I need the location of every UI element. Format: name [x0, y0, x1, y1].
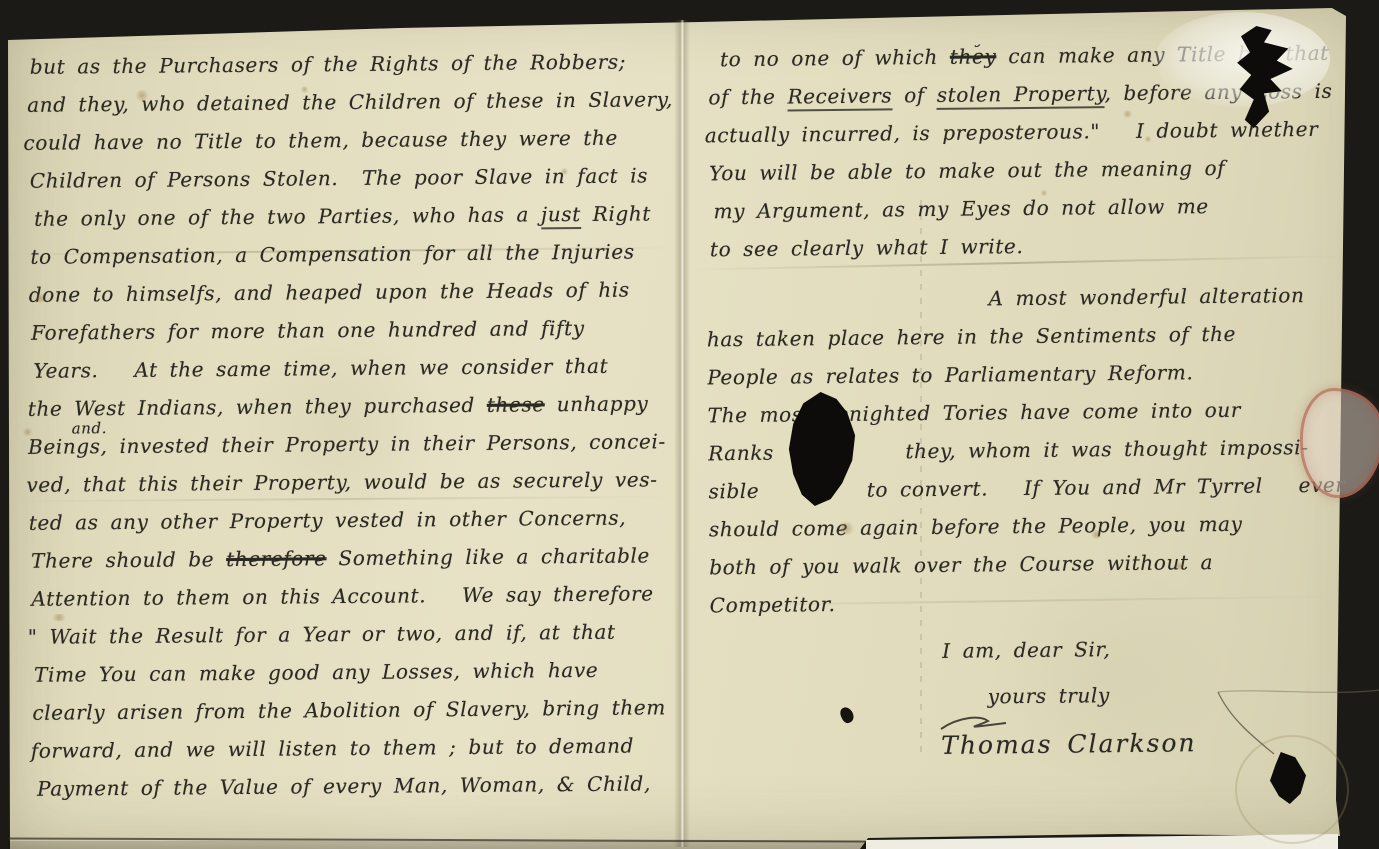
segment-text: Something like a charitable	[326, 543, 650, 570]
manuscript-line: ted as any other Property vested in othe…	[29, 505, 679, 549]
text-segment: Time You can make good any Losses, which…	[34, 658, 598, 687]
segment-text: invested their Property in their Persons…	[107, 429, 665, 458]
segment-text: my Argument, as my Eyes do not allow me	[713, 194, 1208, 223]
text-segment: Competitor.	[710, 592, 836, 617]
text-segment: these	[487, 392, 545, 417]
segment-text: Forefathers for more than one hundred an…	[31, 316, 585, 345]
manuscript-line: ved, that this their Property, would be …	[26, 467, 678, 511]
text-segment: could have no Title to them, because the…	[23, 126, 618, 155]
text-segment: my Argument, as my Eyes do not allow me	[713, 194, 1208, 223]
segment-text: I am, dear Sir,	[942, 637, 1110, 663]
tear-crack	[1200, 640, 1379, 770]
manuscript-line: both of you walk over the Course without…	[709, 549, 1347, 594]
segment-text: Payment of the Value of every Man, Woman…	[37, 771, 651, 800]
manuscript-line: Payment of the Value of every Man, Woman…	[37, 771, 681, 815]
text-segment: People as relates to Parliamentary Refor…	[707, 360, 1193, 389]
manuscript-line: There should be therefore Something like…	[31, 543, 679, 587]
text-segment: Payment of the Value of every Man, Woman…	[37, 771, 651, 800]
segment-text: forward, and we will listen to them ; bu…	[31, 734, 634, 763]
segment-text: they, whom it was thought impossi-	[905, 435, 1308, 463]
inserted-word-above: and.	[72, 419, 108, 437]
segment-text: ved, that this their Property, would be …	[26, 467, 657, 497]
manuscript-line: People as relates to Parliamentary Refor…	[707, 359, 1345, 404]
text-segment: should come again before the People, you…	[709, 512, 1243, 542]
manuscript-line: and they, who detained the Children of t…	[27, 87, 675, 131]
tear-crack-icon	[1200, 640, 1379, 770]
segment-text: Ranks	[708, 441, 774, 466]
foxing-spot	[1122, 110, 1133, 118]
text-segment: Attention to them on this Account. We sa…	[31, 581, 653, 610]
foxing-spot	[836, 522, 856, 535]
foxing-spot	[1040, 190, 1048, 196]
text-segment: Children of Persons Stolen. The poor Sla…	[30, 163, 648, 192]
segment-text: to Compensation, a Compensation for all …	[30, 240, 634, 269]
text-segment: to see clearly what I write.	[710, 234, 1024, 261]
manuscript-line: Years. At the same time, when we conside…	[33, 353, 677, 397]
segment-text: Right	[581, 201, 651, 226]
segment-text: should come again before the People, you…	[709, 512, 1243, 542]
signature-flourish	[938, 714, 1010, 736]
text-segment: invested their Property in their Persons…	[107, 429, 665, 458]
segment-text: to convert. If You and Mr Tyrrel ever	[867, 473, 1346, 502]
manuscript-line: Attention to them on this Account. We sa…	[31, 581, 679, 625]
manuscript-line: has taken place here in the Sentiments o…	[707, 321, 1345, 366]
photo-background: but as the Purchasers of the Rights of t…	[0, 0, 1379, 849]
text-segment: actually incurred, is preposterous." I d…	[705, 117, 1319, 147]
wax-seal-stain	[1300, 388, 1379, 498]
text-segment: but as the Purchasers of the Rights of t…	[30, 50, 626, 79]
text-segment: I am, dear Sir,	[942, 637, 1110, 663]
paper-bottom-shade	[8, 841, 866, 849]
segment-text: could have no Title to them, because the…	[23, 126, 618, 155]
text-segment: Receivers	[787, 83, 892, 108]
text-segment: done to himselfs, and heaped upon the He…	[29, 278, 630, 307]
manuscript-line: Time You can make good any Losses, which…	[34, 657, 680, 701]
text-segment: clearly arisen from the Abolition of Sla…	[32, 695, 666, 725]
segment-text: they	[950, 44, 997, 68]
manuscript-line: You will be able to make out the meaning…	[709, 155, 1343, 200]
segment-text: done to himselfs, and heaped upon the He…	[29, 278, 630, 307]
segment-text: There should be	[31, 547, 226, 573]
segment-text: Time You can make good any Losses, which…	[34, 658, 598, 687]
manuscript-line: Competitor.	[710, 587, 1348, 632]
left-page-lines: but as the Purchasers of the Rights of t…	[23, 49, 682, 815]
segment-text: the only one of the two Parties, who has…	[34, 202, 541, 230]
text-segment: both of you walk over the Course without…	[709, 550, 1213, 579]
manuscript-line: to see clearly what I write.	[710, 231, 1344, 276]
manuscript-line: but as the Purchasers of the Rights of t…	[30, 49, 675, 93]
text-segment: ted as any other Property vested in othe…	[29, 506, 627, 535]
manuscript-line: my Argument, as my Eyes do not allow me	[713, 193, 1343, 238]
manuscript-line: actually incurred, is preposterous." I d…	[705, 117, 1343, 162]
segment-text: both of you walk over the Course without…	[709, 550, 1213, 579]
manuscript-line: Forefathers for more than one hundred an…	[31, 315, 677, 359]
manuscript-line: Beings,and. invested their Property in t…	[28, 429, 678, 473]
text-segment: Beings,and.	[28, 434, 108, 459]
text-segment: to Compensation, a Compensation for all …	[30, 240, 634, 269]
manuscript-line: A most wonderful alteration	[988, 283, 1344, 325]
segment-text: " Wait the Result for a Year or two, and…	[28, 620, 616, 649]
text-segment: they, whom it was thought impossi-	[905, 435, 1308, 463]
text-segment: The most benighted Tories have come into…	[708, 398, 1241, 428]
segment-text: but as the Purchasers of the Rights of t…	[30, 50, 626, 79]
segment-text: The most benighted Tories have come into…	[708, 398, 1241, 428]
text-segment: You will be able to make out the meaning…	[709, 156, 1225, 185]
segment-text: the West Indians, when they purchased	[28, 393, 487, 421]
text-segment: the only one of the two Parties, who has…	[34, 202, 541, 230]
segment-text: actually incurred, is preposterous." I d…	[705, 117, 1319, 147]
segment-text: of the	[708, 84, 787, 109]
manuscript-line: Children of Persons Stolen. The poor Sla…	[30, 163, 676, 207]
text-segment: to convert. If You and Mr Tyrrel ever	[867, 473, 1346, 502]
segment-text: ted as any other Property vested in othe…	[29, 506, 627, 535]
text-segment: of	[892, 83, 937, 107]
text-segment: therefore	[226, 546, 327, 571]
text-segment: Thomas Clarkson	[941, 732, 1197, 759]
manuscript-line: the West Indians, when they purchased th…	[28, 391, 678, 435]
text-segment: Forefathers for more than one hundred an…	[31, 316, 585, 345]
segment-text: to see clearly what I write.	[710, 234, 1024, 261]
text-segment: ved, that this their Property, would be …	[26, 467, 657, 497]
text-segment: Right	[581, 201, 651, 226]
segment-text: just	[541, 202, 581, 229]
segment-text: Receivers	[787, 83, 892, 111]
foxing-spot	[560, 168, 569, 175]
text-segment: and they, who detained the Children of t…	[27, 87, 673, 117]
text-segment: yours truly	[988, 683, 1110, 708]
manuscript-line: clearly arisen from the Abolition of Sla…	[32, 695, 680, 739]
segment-text: Years. At the same time, when we conside…	[33, 354, 608, 383]
text-segment: of the	[708, 84, 787, 109]
text-segment: stolen Property	[937, 81, 1105, 107]
manuscript-line: to Compensation, a Compensation for all …	[30, 239, 676, 283]
text-segment: to no one of which	[720, 45, 950, 71]
manuscript-line: should come again before the People, you…	[709, 511, 1347, 556]
foxing-spot	[50, 614, 68, 621]
segment-text: sible	[708, 479, 759, 504]
segment-text: People as relates to Parliamentary Refor…	[707, 360, 1193, 389]
foxing-spot	[1174, 562, 1185, 570]
left-page: but as the Purchasers of the Rights of t…	[23, 49, 682, 815]
segment-text: these	[487, 392, 545, 417]
segment-text: therefore	[226, 546, 327, 571]
foxing-spot	[22, 428, 33, 436]
foxing-spot	[300, 86, 309, 93]
segment-text: yours truly	[988, 683, 1110, 708]
text-segment: forward, and we will listen to them ; bu…	[31, 734, 634, 763]
text-segment: sible	[708, 479, 759, 504]
manuscript-line: could have no Title to them, because the…	[23, 125, 675, 169]
segment-text: and they, who detained the Children of t…	[27, 87, 673, 117]
segment-text: unhappy	[545, 391, 649, 416]
segment-text: to no one of which	[720, 45, 950, 71]
manuscript-line: " Wait the Result for a Year or two, and…	[28, 619, 680, 663]
text-segment: Years. At the same time, when we conside…	[33, 354, 608, 383]
segment-text: stolen Property	[937, 81, 1105, 110]
foxing-spot	[34, 294, 47, 303]
manuscript-line: the only one of the two Parties, who has…	[34, 201, 676, 245]
text-segment: Ranks	[708, 441, 774, 466]
text-segment: the West Indians, when they purchased	[28, 393, 487, 421]
text-segment: Something like a charitable	[326, 543, 650, 570]
text-segment: There should be	[31, 547, 226, 573]
segment-text: Beings,	[28, 434, 108, 459]
segment-text: Children of Persons Stolen. The poor Sla…	[30, 163, 648, 192]
text-segment: just	[541, 202, 581, 226]
segment-text: has taken place here in the Sentiments o…	[707, 322, 1236, 352]
text-segment: A most wonderful alteration	[988, 283, 1304, 310]
foxing-spot	[1090, 530, 1103, 539]
segment-text: of	[892, 83, 937, 107]
manuscript-line: done to himselfs, and heaped upon the He…	[29, 277, 677, 321]
segment-text: A most wonderful alteration	[988, 283, 1304, 310]
segment-text: You will be able to make out the meaning…	[709, 156, 1225, 185]
foxing-spot	[134, 90, 150, 101]
text-segment: " Wait the Result for a Year or two, and…	[28, 620, 616, 649]
text-segment: unhappy	[545, 391, 649, 416]
segment-text: Competitor.	[710, 592, 836, 617]
text-segment: theyyou	[950, 44, 997, 68]
text-segment: has taken place here in the Sentiments o…	[707, 322, 1236, 352]
segment-text: clearly arisen from the Abolition of Sla…	[32, 695, 666, 725]
foxing-spot	[1144, 136, 1152, 142]
flourish-curve-icon	[938, 714, 1010, 736]
manuscript-line: forward, and we will listen to them ; bu…	[31, 733, 681, 777]
segment-text: Attention to them on this Account. We sa…	[31, 581, 653, 610]
